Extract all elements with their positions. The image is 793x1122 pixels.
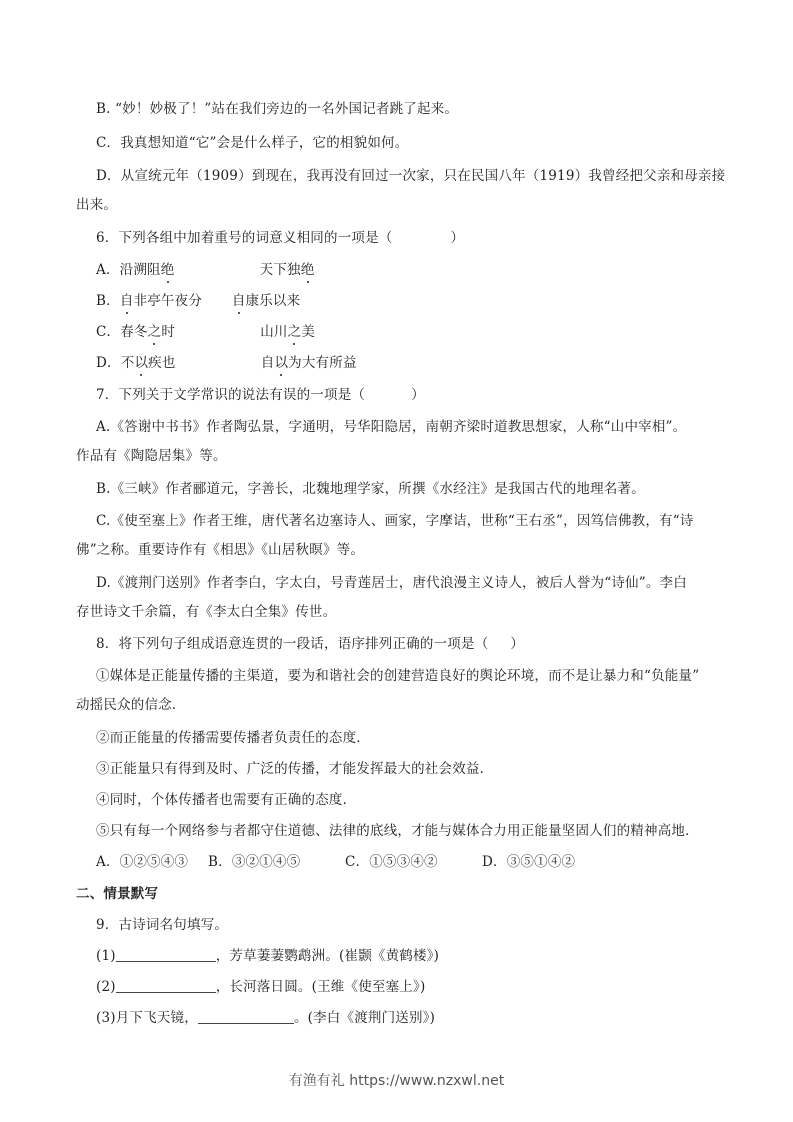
q8-sentence-4: ④同时，个体传播者也需要有正确的态度． <box>96 791 356 809</box>
option-text: 自 <box>261 355 275 371</box>
q7-option-b: B.《三峡》作者郦道元，字善长，北魏地理学家，所撰《水经注》是我国古代的地理名著… <box>96 480 645 498</box>
q5-option-d-line2: 出来。 <box>76 196 117 214</box>
option-text: 天下独 <box>260 262 301 278</box>
emphasis-char: 绝 <box>161 261 175 279</box>
option-text: 沿溯阻 <box>120 262 161 278</box>
option-label: B． <box>96 293 120 309</box>
emphasis-char: 之 <box>288 323 302 341</box>
q7-option-c-line2: 佛”之称。重要诗作有《相思》《山居秋暝》等。 <box>76 541 364 559</box>
emphasis-char: 自 <box>232 292 246 310</box>
emphasis-char: 以 <box>274 354 288 372</box>
option-label: A． <box>96 262 120 278</box>
q5-option-c: C．我真想知道“它”会是什么样子，它的相貌如何。 <box>96 134 408 152</box>
q7-option-c-line1: C.《使至塞上》作者王维，唐代著名边塞诗人、画家，字摩诘，世称“王右丞”，因笃信… <box>96 512 694 530</box>
q9-item-1: (1)，芳草萋萋鹦鹉洲。(崔颢《黄鹤楼》) <box>96 947 439 965</box>
emphasis-char: 自 <box>120 292 134 310</box>
item-number: (2) <box>96 979 116 995</box>
option-text: 康乐以来 <box>246 293 301 309</box>
footer-watermark: 有渔有礼 https://www.nzxwl.net <box>0 1070 793 1090</box>
exam-page: B. “妙！妙极了！”站在我们旁边的一名外国记者跳了起来。 C．我真想知道“它”… <box>0 0 793 1122</box>
item-number: (3) <box>96 1010 116 1026</box>
item-text: 月下飞天镜， <box>116 1010 198 1026</box>
option-text: 不 <box>121 355 135 371</box>
q8-option-b[interactable]: B．③②①④⑤ <box>208 853 345 871</box>
q8-sentence-5: ⑤只有每一个网络参与者都守住道德、法律的底线，才能与媒体合力用正能量坚固人们的精… <box>96 822 699 840</box>
q8-stem-text: 8．将下列句子组成语意连贯的一段话，语序排列正确的一项是（ <box>96 636 488 652</box>
option-text: 山川 <box>260 324 287 340</box>
item-text: ，芳草萋萋鹦鹉洲。(崔颢《黄鹤楼》) <box>216 948 439 964</box>
option-text: 疾也 <box>148 355 175 371</box>
q8-stem-close: ） <box>510 636 524 652</box>
q8-option-c[interactable]: C．①⑤③④② <box>345 853 482 871</box>
q6-stem: 6．下列各组中加着重号的词意义相同的一项是（） <box>96 229 464 247</box>
emphasis-char: 绝 <box>301 261 315 279</box>
fill-blank-input[interactable] <box>198 1009 294 1024</box>
option-label: D． <box>96 355 121 371</box>
q7-option-d-line1: D.《渡荆门送别》作者李白，字太白，号青莲居士，唐代浪漫主义诗人，被后人誉为“诗… <box>96 574 687 592</box>
item-text: 。(李白《渡荆门送别》) <box>294 1010 435 1026</box>
q7-stem-text: 7．下列关于文学常识的说法有误的一项是（ <box>96 387 365 403</box>
q8-stem: 8．将下列句子组成语意连贯的一段话，语序排列正确的一项是（） <box>96 635 524 653</box>
q9-item-3: (3)月下飞天镜，。(李白《渡荆门送别》) <box>96 1009 435 1027</box>
q8-sentence-3: ③正能量只有得到及时、广泛的传播，才能发挥最大的社会效益． <box>96 760 493 778</box>
q8-sentence-1-line2: 动摇民众的信念． <box>76 696 186 714</box>
q7-stem-close: ） <box>411 387 425 403</box>
q9-item-2: (2)，长河落日圆。(王维《使至塞上》) <box>96 978 425 996</box>
option-text: 美 <box>301 324 315 340</box>
q6-option-d: D．不以疾也自以为大有所益 <box>96 354 357 372</box>
q7-option-d-line2: 存世诗文千余篇，有《李太白全集》传世。 <box>76 603 336 621</box>
item-number: (1) <box>96 948 116 964</box>
q5-option-b: B. “妙！妙极了！”站在我们旁边的一名外国记者跳了起来。 <box>96 100 458 118</box>
fill-blank-input[interactable] <box>116 978 216 993</box>
option-text: 为大有所益 <box>288 355 357 371</box>
q6-option-c: C．春冬之时山川之美 <box>96 323 315 341</box>
option-text: 时 <box>161 324 175 340</box>
q6-stem-close: ） <box>451 230 465 246</box>
q6-option-a: A．沿溯阻绝天下独绝 <box>96 261 314 279</box>
q8-sentence-1-line1: ①媒体是正能量传播的主渠道，要为和谐社会的创建营造良好的舆论环境，而不是让暴力和… <box>96 667 699 685</box>
q8-options: A．①②⑤④③B．③②①④⑤C．①⑤③④②D．③⑤①④② <box>96 853 575 871</box>
q7-stem: 7．下列关于文学常识的说法有误的一项是（） <box>96 386 425 404</box>
option-text: 非亭午夜分 <box>134 293 203 309</box>
item-text: ，长河落日圆。(王维《使至塞上》) <box>216 979 426 995</box>
q8-option-d[interactable]: D．③⑤①④② <box>482 853 575 871</box>
fill-blank-input[interactable] <box>116 947 216 962</box>
q6-option-b: B．自非亭午夜分自康乐以来 <box>96 292 300 310</box>
q5-option-d-line1: D．从宣统元年（1909）到现在，我再没有回过一次家，只在民国八年（1919）我… <box>96 167 725 185</box>
option-text: 春冬 <box>120 324 147 340</box>
option-label: C． <box>96 324 120 340</box>
q8-sentence-2: ②而正能量的传播需要传播者负责任的态度． <box>96 729 370 747</box>
section-heading: 二、情景默写 <box>76 885 158 903</box>
q7-option-a-line1: A.《答谢中书书》作者陶弘景，字通明，号华阳隐居，南朝齐梁时道教思想家，人称“山… <box>96 418 686 436</box>
emphasis-char: 以 <box>134 354 148 372</box>
q7-option-a-line2: 作品有《陶隐居集》等。 <box>76 447 227 465</box>
q8-option-a[interactable]: A．①②⑤④③ <box>96 853 208 871</box>
q9-stem: 9．古诗词名句填写。 <box>96 916 228 934</box>
emphasis-char: 之 <box>148 323 162 341</box>
q6-stem-text: 6．下列各组中加着重号的词意义相同的一项是（ <box>96 230 393 246</box>
